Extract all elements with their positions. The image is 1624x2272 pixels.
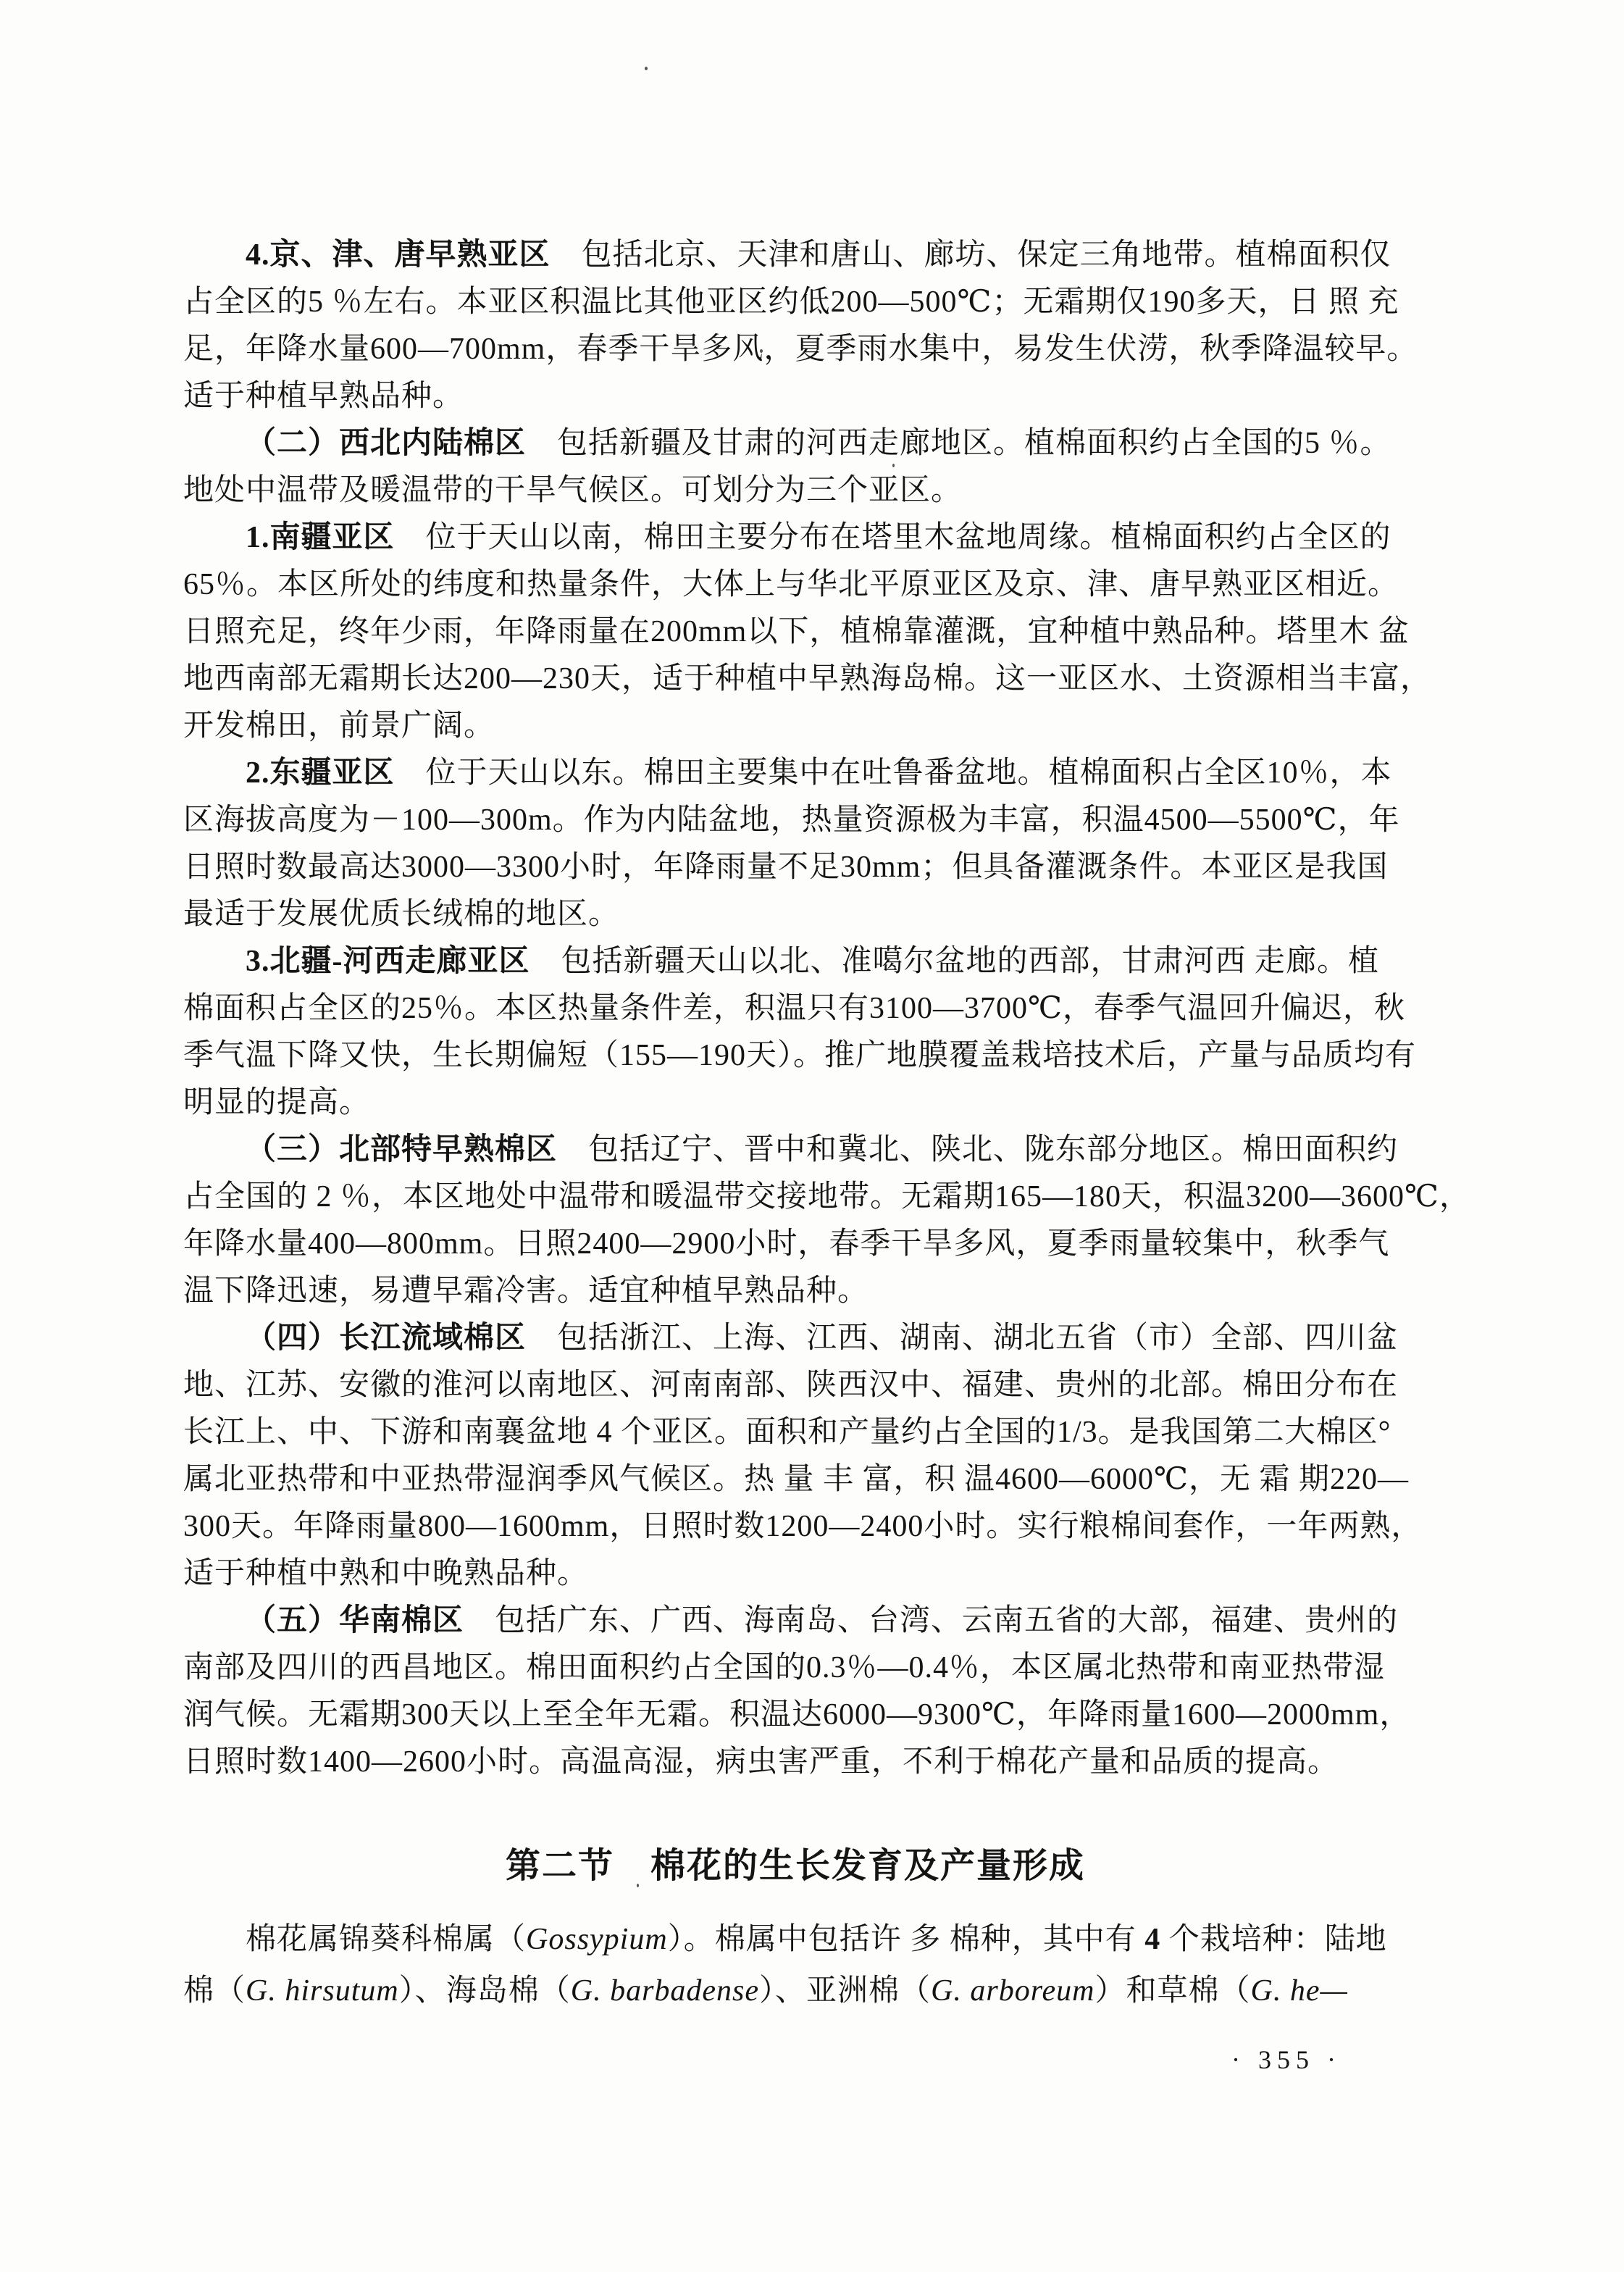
text-segment: 位于天山以南，棉田主要分布在塔里木盆地周缘。植棉面积约占全区的 bbox=[395, 521, 1391, 554]
text-segment: 润气候。无霜期300天以上至全年无霜。积温达6000—9300℃，年降雨量160… bbox=[183, 1698, 1410, 1732]
text-segment: 4 bbox=[1144, 1923, 1160, 1956]
text-line: （二）西北内陆棉区 包括新疆及甘肃的河西走廊地区。植棉面积约占全国的5 ％。 bbox=[183, 420, 1407, 467]
text-line: 区海拔高度为－100—300m。作为内陆盆地，热量资源极为丰富，积温4500—5… bbox=[183, 797, 1407, 844]
scan-speck bbox=[892, 464, 895, 467]
text-segment: 包括广东、广西、海南岛、台湾、云南五省的大部，福建、贵州的 bbox=[464, 1604, 1398, 1637]
book-page: 4.京、津、唐早熟亚区 包括北京、天津和唐山、廊坊、保定三角地带。植棉面积仅占全… bbox=[0, 0, 1624, 2272]
text-segment: 足，年降水量600—700mm，春季干旱多风，夏季雨水集中，易发生伏涝，秋季降温… bbox=[183, 333, 1418, 366]
text-line: 3.北疆-河西走廊亚区 包括新疆天山以北、准噶尔盆地的西部，甘肃河西 走廊。植 bbox=[183, 938, 1407, 985]
text-segment: 适于种植中熟和中晚熟品种。 bbox=[183, 1557, 588, 1590]
text-segment: 占全国的 2 ％，本区地处中温带和暖温带交接地带。无霜期165—180天，积温3… bbox=[183, 1180, 1470, 1214]
text-segment: 年降水量400—800mm。日照2400—2900小时，春季干旱多风，夏季雨量较… bbox=[183, 1227, 1389, 1261]
text-line: 地西南部无霜期长达200—230天，适于种植中早熟海岛棉。这一亚区水、土资源相当… bbox=[183, 656, 1407, 703]
text-segment: 300天。年降雨量800—1600mm，日照时数1200—2400小时。实行粮棉… bbox=[183, 1510, 1422, 1543]
text-line: 明显的提高。 bbox=[183, 1079, 1407, 1127]
text-segment: G. arboreum bbox=[931, 1974, 1094, 2008]
text-line: （五）华南棉区 包括广东、广西、海南岛、台湾、云南五省的大部，福建、贵州的 bbox=[183, 1597, 1407, 1645]
text-line: （四）长江流域棉区 包括浙江、上海、江西、湖南、湖北五省（市）全部、四川盆 bbox=[183, 1315, 1407, 1362]
text-line: 4.京、津、唐早熟亚区 包括北京、天津和唐山、廊坊、保定三角地带。植棉面积仅 bbox=[183, 232, 1407, 279]
text-segment: 2.东疆亚区 bbox=[246, 756, 395, 790]
text-segment: ）和草棉（ bbox=[1095, 1974, 1251, 2008]
text-line: 最适于发展优质长绒棉的地区。 bbox=[183, 891, 1407, 938]
text-segment: 包括浙江、上海、江西、湖南、湖北五省（市）全部、四川盆 bbox=[526, 1321, 1398, 1355]
text-segment: ）、海岛棉（ bbox=[399, 1974, 571, 2008]
text-segment: 包括新疆及甘肃的河西走廊地区。植棉面积约占全国的5 ％。 bbox=[526, 427, 1391, 460]
text-line: 温下降迅速，易遭早霜冷害。适宜种植早熟品种。 bbox=[183, 1268, 1407, 1315]
text-segment: 属北亚热带和中亚热带湿润季风气候区。热 量 丰 富，积 温4600—6000℃，… bbox=[183, 1463, 1409, 1496]
text-segment: 开发棉田，前景广阔。 bbox=[183, 709, 495, 743]
text-segment: 包括新疆天山以北、准噶尔盆地的西部，甘肃河西 走廊。植 bbox=[530, 945, 1380, 978]
text-line: 1.南疆亚区 位于天山以南，棉田主要分布在塔里木盆地周缘。植棉面积约占全区的 bbox=[183, 514, 1407, 561]
text-line: 润气候。无霜期300天以上至全年无霜。积温达6000—9300℃，年降雨量160… bbox=[183, 1692, 1407, 1739]
text-segment: （五）华南棉区 bbox=[246, 1604, 464, 1637]
text-segment: 棉（ bbox=[183, 1974, 246, 2008]
text-segment: 温下降迅速，易遭早霜冷害。适宜种植早熟品种。 bbox=[183, 1274, 868, 1308]
text-segment: G. he— bbox=[1251, 1974, 1348, 2008]
text-segment: 包括辽宁、晋中和冀北、陕北、陇东部分地区。棉田面积约 bbox=[557, 1133, 1398, 1166]
text-line: 棉花属锦葵科棉属（Gossypium）。棉属中包括许 多 棉种，其中有 4 个栽… bbox=[183, 1914, 1415, 1966]
text-line: 地处中温带及暖温带的干旱气候区。可划分为三个亚区。 bbox=[183, 467, 1407, 514]
text-line: 日照时数1400—2600小时。高温高湿，病虫害严重，不利于棉花产量和品质的提高… bbox=[183, 1739, 1407, 1786]
body-text: 4.京、津、唐早熟亚区 包括北京、天津和唐山、廊坊、保定三角地带。植棉面积仅占全… bbox=[183, 232, 1407, 1786]
text-line: 2.东疆亚区 位于天山以东。棉田主要集中在吐鲁番盆地。植棉面积占全区10％，本 bbox=[183, 750, 1407, 797]
text-segment: 最适于发展优质长绒棉的地区。 bbox=[183, 898, 619, 931]
text-line: 足，年降水量600—700mm，春季干旱多风，夏季雨水集中，易发生伏涝，秋季降温… bbox=[183, 326, 1407, 373]
text-segment: 季气温下降又快，生长期偏短（155—190天）。推广地膜覆盖栽培技术后，产量与品… bbox=[183, 1039, 1416, 1072]
section-heading: 第二节 棉花的生长发育及产量形成 bbox=[183, 1845, 1407, 1888]
page-number: · 355 · bbox=[1231, 2045, 1342, 2075]
scan-speck bbox=[637, 1884, 639, 1887]
text-line: 季气温下降又快，生长期偏短（155—190天）。推广地膜覆盖栽培技术后，产量与品… bbox=[183, 1032, 1407, 1079]
text-line: 65％。本区所处的纬度和热量条件，大体上与华北平原亚区及京、津、唐早熟亚区相近。 bbox=[183, 561, 1407, 609]
text-segment: （二）西北内陆棉区 bbox=[246, 427, 526, 460]
text-segment: 日照充足，终年少雨，年降雨量在200mm以下，植棉靠灌溉，宜种植中熟品种。塔里木… bbox=[183, 615, 1410, 648]
text-segment: G. barbadense bbox=[571, 1974, 759, 2008]
scan-speck bbox=[645, 67, 648, 70]
text-segment: （三）北部特早熟棉区 bbox=[246, 1133, 557, 1166]
text-segment: 棉花属锦葵科棉属（ bbox=[246, 1923, 526, 1956]
text-segment: 棉面积占全区的25％。本区热量条件差，积温只有3100—3700℃，春季气温回升… bbox=[183, 992, 1405, 1025]
text-segment: 4.京、津、唐早熟亚区 bbox=[246, 238, 551, 272]
text-segment: ）、亚洲棉（ bbox=[759, 1974, 931, 2008]
text-segment: 日照时数最高达3000—3300小时，年降雨量不足30mm；但具备灌溉条件。本亚… bbox=[183, 851, 1388, 884]
text-line: 南部及四川的西昌地区。棉田面积约占全国的0.3％—0.4％，本区属北热带和南亚热… bbox=[183, 1645, 1407, 1692]
text-segment: G. hirsutum bbox=[246, 1974, 399, 2008]
text-segment: 65％。本区所处的纬度和热量条件，大体上与华北平原亚区及京、津、唐早熟亚区相近。 bbox=[183, 568, 1399, 601]
text-line: 适于种植早熟品种。 bbox=[183, 373, 1407, 420]
text-segment: 长江上、中、下游和南襄盆地 4 个亚区。面积和产量约占全国的1/3。是我国第二大… bbox=[183, 1416, 1391, 1449]
text-segment: 明显的提高。 bbox=[183, 1086, 370, 1119]
text-segment: 1.南疆亚区 bbox=[246, 521, 395, 554]
scan-speck bbox=[760, 349, 763, 353]
text-segment: 包括北京、天津和唐山、廊坊、保定三角地带。植棉面积仅 bbox=[551, 238, 1391, 272]
text-line: 开发棉田，前景广阔。 bbox=[183, 703, 1407, 750]
text-segment: 区海拔高度为－100—300m。作为内陆盆地，热量资源极为丰富，积温4500—5… bbox=[183, 803, 1400, 837]
text-line: 长江上、中、下游和南襄盆地 4 个亚区。面积和产量约占全国的1/3。是我国第二大… bbox=[183, 1409, 1407, 1456]
text-line: 属北亚热带和中亚热带湿润季风气候区。热 量 丰 富，积 温4600—6000℃，… bbox=[183, 1456, 1407, 1503]
text-line: 棉面积占全区的25％。本区热量条件差，积温只有3100—3700℃，春季气温回升… bbox=[183, 985, 1407, 1032]
text-line: 棉（G. hirsutum）、海岛棉（G. barbadense）、亚洲棉（G.… bbox=[183, 1966, 1415, 2017]
text-segment: Gossypium bbox=[526, 1923, 668, 1956]
text-line: 日照时数最高达3000—3300小时，年降雨量不足30mm；但具备灌溉条件。本亚… bbox=[183, 844, 1407, 891]
text-segment: 日照时数1400—2600小时。高温高湿，病虫害严重，不利于棉花产量和品质的提高… bbox=[183, 1745, 1339, 1779]
text-line: 占全区的5 ％左右。本亚区积温比其他亚区约低200—500℃；无霜期仅190多天… bbox=[183, 279, 1407, 326]
text-line: 日照充足，终年少雨，年降雨量在200mm以下，植棉靠灌溉，宜种植中熟品种。塔里木… bbox=[183, 609, 1407, 656]
text-line: （三）北部特早熟棉区 包括辽宁、晋中和冀北、陕北、陇东部分地区。棉田面积约 bbox=[183, 1127, 1407, 1174]
text-segment: 适于种植早熟品种。 bbox=[183, 380, 464, 413]
text-segment: 地处中温带及暖温带的干旱气候区。可划分为三个亚区。 bbox=[183, 474, 962, 507]
text-segment: 占全区的5 ％左右。本亚区积温比其他亚区约低200—500℃；无霜期仅190多天… bbox=[183, 285, 1399, 319]
text-segment: 地、江苏、安徽的淮河以南地区、河南南部、陕西汉中、福建、贵州的北部。棉田分布在 bbox=[183, 1369, 1398, 1402]
text-segment: 位于天山以东。棉田主要集中在吐鲁番盆地。植棉面积占全区10％，本 bbox=[395, 756, 1392, 790]
text-line: 占全国的 2 ％，本区地处中温带和暖温带交接地带。无霜期165—180天，积温3… bbox=[183, 1174, 1407, 1221]
text-segment: 南部及四川的西昌地区。棉田面积约占全国的0.3％—0.4％，本区属北热带和南亚热… bbox=[183, 1651, 1385, 1684]
text-segment: （四）长江流域棉区 bbox=[246, 1321, 526, 1355]
text-line: 年降水量400—800mm。日照2400—2900小时，春季干旱多风，夏季雨量较… bbox=[183, 1221, 1407, 1268]
text-segment: 个栽培种：陆地 bbox=[1160, 1923, 1387, 1956]
text-segment: 地西南部无霜期长达200—230天，适于种植中早熟海岛棉。这一亚区水、土资源相当… bbox=[183, 662, 1431, 696]
text-segment: 3.北疆-河西走廊亚区 bbox=[246, 945, 530, 978]
text-segment: ）。棉属中包括许 多 棉种，其中有 bbox=[668, 1923, 1145, 1956]
text-line: 300天。年降雨量800—1600mm，日照时数1200—2400小时。实行粮棉… bbox=[183, 1503, 1407, 1550]
text-line: 适于种植中熟和中晚熟品种。 bbox=[183, 1550, 1407, 1597]
intro-text: 棉花属锦葵科棉属（Gossypium）。棉属中包括许 多 棉种，其中有 4 个栽… bbox=[183, 1914, 1415, 2017]
text-line: 地、江苏、安徽的淮河以南地区、河南南部、陕西汉中、福建、贵州的北部。棉田分布在 bbox=[183, 1362, 1407, 1409]
